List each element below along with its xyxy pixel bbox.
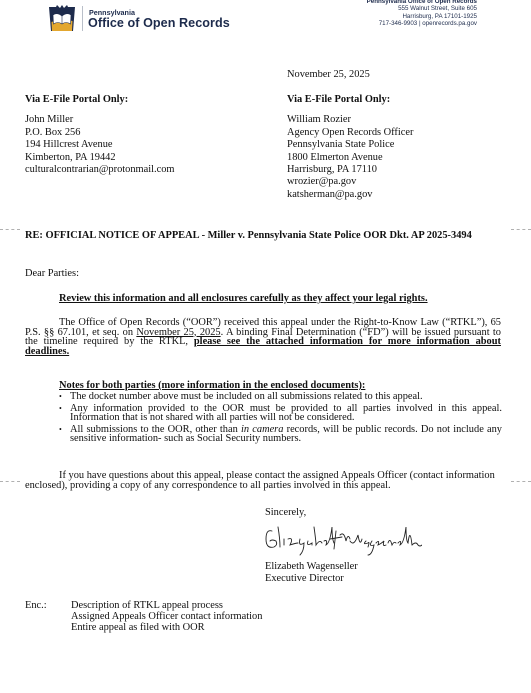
- note-text: Any information provided to the OOR must…: [70, 403, 502, 424]
- address-line: Harrisburg, PA 17110: [287, 164, 413, 176]
- recipient-title: Agency Open Records Officer: [287, 127, 413, 139]
- recipient-name: William Rozier: [287, 114, 413, 126]
- signer-block: Elizabeth Wagenseller Executive Director: [265, 561, 358, 585]
- list-item: Description of RTKL appeal process: [71, 600, 262, 611]
- delivery-method: Via E-File Portal Only:: [287, 94, 413, 106]
- address-contact[interactable]: 717-346-9903 | openrecords.pa.gov: [367, 20, 477, 27]
- signer-title: Executive Director: [265, 573, 358, 585]
- address-block: William Rozier Agency Open Records Offic…: [287, 114, 413, 201]
- agency-name: Pennsylvania State Police: [287, 139, 413, 151]
- review-notice: Review this information and all enclosur…: [59, 293, 428, 305]
- address-line: P.O. Box 256: [25, 127, 175, 139]
- recipient-name: John Miller: [25, 114, 175, 126]
- notes-list: The docket number above must be included…: [59, 392, 502, 446]
- subject-line: RE: OFFICIAL NOTICE OF APPEAL - Miller v…: [25, 230, 505, 242]
- note-text: The docket number above must be included…: [70, 391, 423, 402]
- keystone-book-icon: [47, 4, 77, 34]
- logo-office-text: Office of Open Records: [88, 16, 230, 30]
- address-street: 555 Walnut Street, Suite 605: [367, 5, 477, 12]
- fold-mark-right: [511, 481, 531, 482]
- closing-paragraph: If you have questions about this appeal,…: [25, 471, 501, 490]
- list-item: Entire appeal as filed with OOR: [71, 622, 262, 633]
- list-item: Any information provided to the OOR must…: [59, 404, 502, 423]
- recipient-email[interactable]: wrozier@pa.gov: [287, 176, 413, 188]
- letterhead-address: Pennsylvania Office of Open Records 555 …: [367, 0, 477, 28]
- letter-date: November 25, 2025: [287, 69, 370, 81]
- enclosures-list: Description of RTKL appeal process Assig…: [71, 600, 262, 634]
- list-item: Assigned Appeals Officer contact informa…: [71, 611, 262, 622]
- recipient-email[interactable]: culturalcontrarian@protonmail.com: [25, 164, 175, 176]
- address-line: 194 Hillcrest Avenue: [25, 139, 175, 151]
- signer-name: Elizabeth Wagenseller: [265, 561, 358, 573]
- fold-mark-left: [0, 229, 20, 230]
- salutation: Dear Parties:: [25, 268, 79, 280]
- recipient-email[interactable]: katsherman@pa.gov: [287, 189, 413, 201]
- address-city: Harrisburg, PA 17101-1925: [367, 13, 477, 20]
- delivery-method: Via E-File Portal Only:: [25, 94, 175, 106]
- fold-mark-right: [511, 229, 531, 230]
- address-block: John Miller P.O. Box 256 194 Hillcrest A…: [25, 114, 175, 176]
- list-item: All submissions to the OOR, other than i…: [59, 425, 502, 444]
- fold-mark-left: [0, 481, 20, 482]
- address-line: Kimberton, PA 19442: [25, 152, 175, 164]
- body-paragraph: The Office of Open Records (“OOR”) recei…: [25, 318, 501, 356]
- recipient-requester: Via E-File Portal Only: John Miller P.O.…: [25, 94, 175, 176]
- signature-image: [262, 521, 422, 559]
- logo-divider: [82, 6, 83, 31]
- closing: Sincerely,: [265, 507, 306, 519]
- enclosures-label: Enc.:: [25, 600, 47, 612]
- list-item: The docket number above must be included…: [59, 392, 502, 402]
- recipient-agency: Via E-File Portal Only: William Rozier A…: [287, 94, 413, 201]
- address-line: 1800 Elmerton Avenue: [287, 152, 413, 164]
